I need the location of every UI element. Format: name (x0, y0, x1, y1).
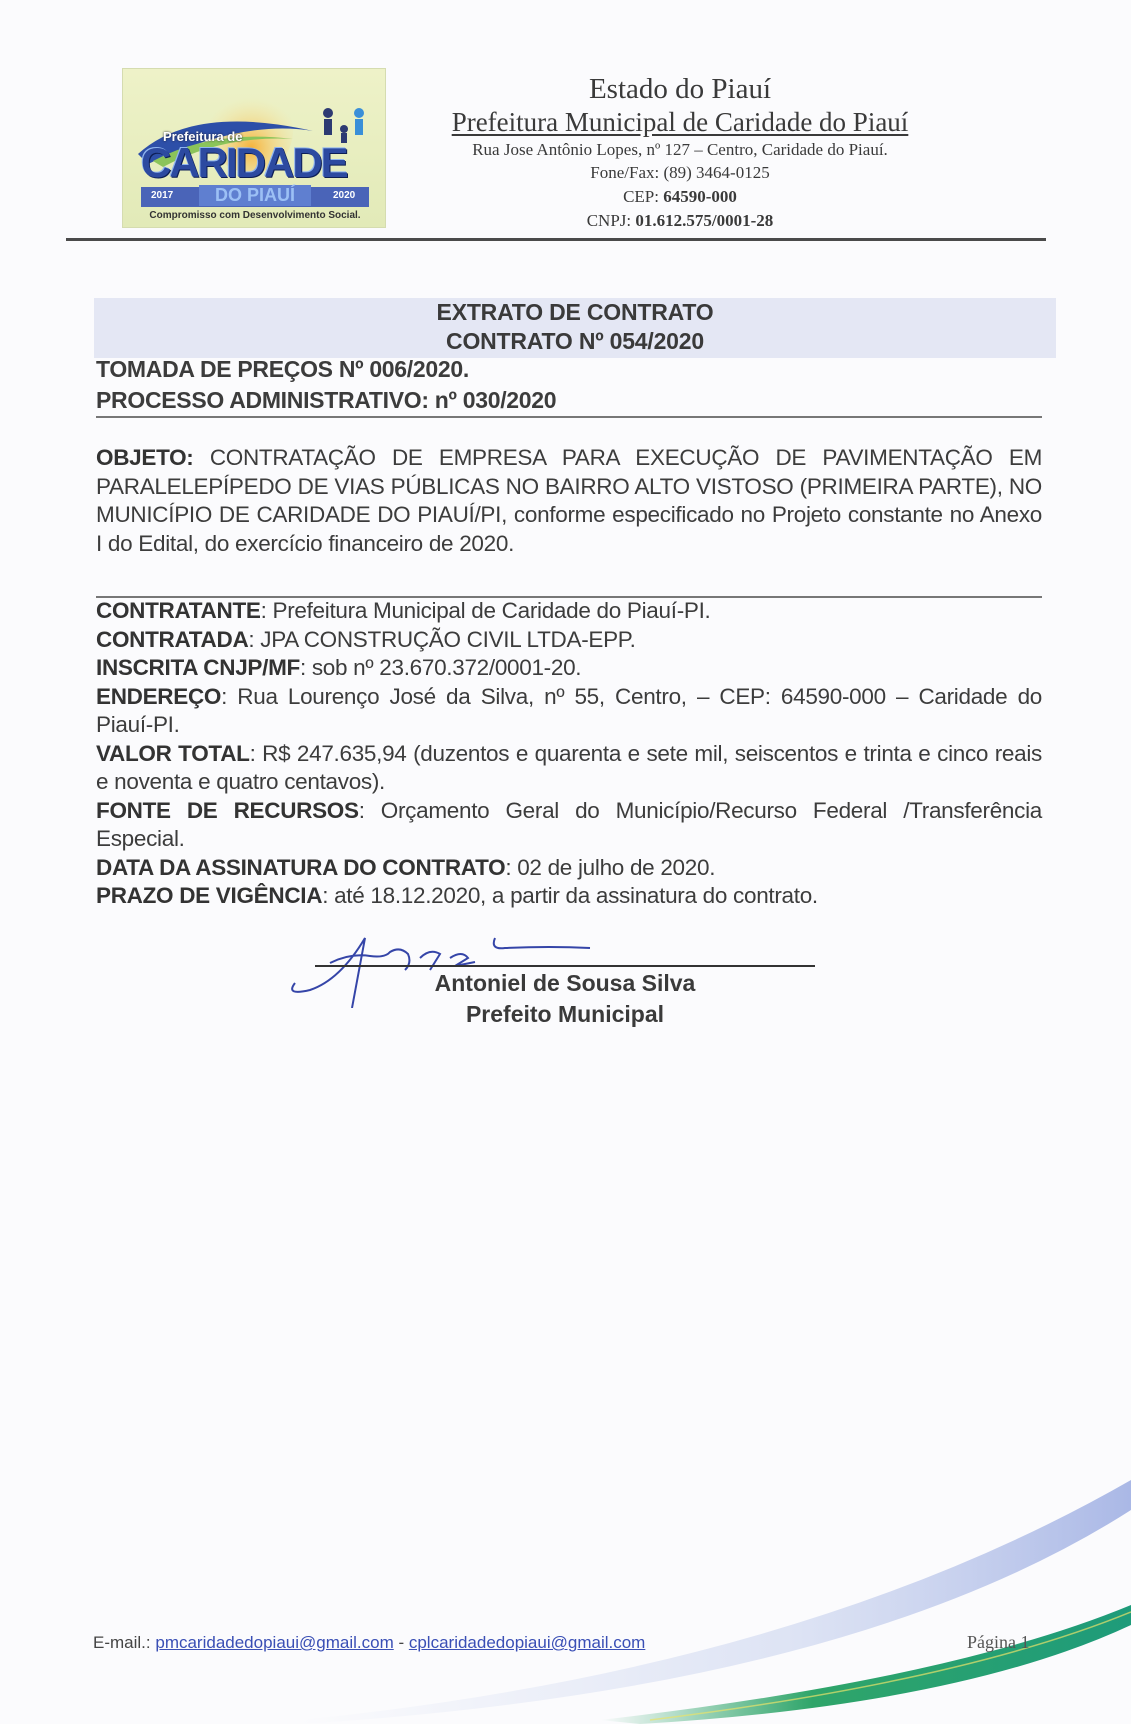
field-label: CONTRATANTE (96, 598, 261, 623)
references: TOMADA DE PREÇOS Nº 006/2020. PROCESSO A… (96, 354, 1042, 416)
contract-fields: CONTRATANTE: Prefeitura Municipal de Car… (96, 597, 1042, 911)
address: Rua Jose Antônio Lopes, nº 127 – Centro,… (400, 138, 960, 161)
signer-name: Antoniel de Sousa Silva (315, 968, 815, 999)
cnpj-label: CNPJ: (587, 211, 631, 230)
contract-number: CONTRATO Nº 054/2020 (94, 327, 1056, 356)
tomada-de-precos: TOMADA DE PREÇOS Nº 006/2020. (96, 354, 1042, 385)
cep-label: CEP: (623, 187, 659, 206)
objeto-text: CONTRATAÇÃO DE EMPRESA PARA EXECUÇÃO DE … (96, 445, 1042, 556)
logo-slogan: Compromisso com Desenvolvimento Social. (123, 210, 386, 221)
field-inscrita: INSCRITA CNJP/MF: sob nº 23.670.372/0001… (96, 654, 1042, 683)
logo-year-end: 2020 (333, 190, 355, 201)
field-label: INSCRITA CNJP/MF (96, 655, 300, 680)
signature-line (315, 965, 815, 967)
footer-decoration (0, 1420, 1131, 1724)
field-value: : Prefeitura Municipal de Caridade do Pi… (261, 598, 711, 623)
field-contratada: CONTRATADA: JPA CONSTRUÇÃO CIVIL LTDA-EP… (96, 626, 1042, 655)
processo-administrativo: PROCESSO ADMINISTRATIVO: nº 030/2020 (96, 385, 1042, 416)
field-fonte-recursos: FONTE DE RECURSOS: Orçamento Geral do Mu… (96, 797, 1042, 854)
field-label: VALOR TOTAL (96, 741, 250, 766)
footer-contact: E-mail.: pmcaridadedopiaui@gmail.com - c… (93, 1633, 645, 1653)
objeto-paragraph: OBJETO: CONTRATAÇÃO DE EMPRESA PARA EXEC… (96, 444, 1042, 558)
letterhead: Estado do Piauí Prefeitura Municipal de … (400, 72, 960, 233)
cnpj: 01.612.575/0001-28 (635, 211, 773, 230)
field-contratante: CONTRATANTE: Prefeitura Municipal de Car… (96, 597, 1042, 626)
field-data-assinatura: DATA DA ASSINATURA DO CONTRATO: 02 de ju… (96, 854, 1042, 883)
field-value: : Rua Lourenço José da Silva, nº 55, Cen… (96, 684, 1042, 738)
cep-line: CEP: 64590-000 (400, 185, 960, 209)
logo-year-start: 2017 (151, 190, 173, 201)
cep: 64590-000 (663, 187, 737, 206)
signer-block: Antoniel de Sousa Silva Prefeito Municip… (315, 968, 815, 1030)
field-label: CONTRATADA (96, 627, 248, 652)
field-prazo-vigencia: PRAZO DE VIGÊNCIA: até 18.12.2020, a par… (96, 882, 1042, 911)
email-label: E-mail.: (93, 1633, 151, 1652)
header-divider (66, 238, 1046, 241)
municipality-name: Prefeitura Municipal de Caridade do Piau… (400, 106, 960, 138)
field-endereco: ENDEREÇO: Rua Lourenço José da Silva, nº… (96, 683, 1042, 740)
title-band: EXTRATO DE CONTRATO CONTRATO Nº 054/2020 (94, 298, 1056, 358)
field-value: : 02 de julho de 2020. (505, 855, 715, 880)
logo-main-text: CARIDADE (141, 139, 347, 187)
field-label: ENDEREÇO (96, 684, 221, 709)
state-name: Estado do Piauí (400, 72, 960, 106)
field-value: : sob nº 23.670.372/0001-20. (300, 655, 581, 680)
cnpj-line: CNPJ: 01.612.575/0001-28 (400, 209, 960, 233)
field-label: PRAZO DE VIGÊNCIA (96, 883, 322, 908)
page-number: Página 1 (967, 1632, 1030, 1653)
field-label: DATA DA ASSINATURA DO CONTRATO (96, 855, 505, 880)
phone: (89) 3464-0125 (663, 163, 769, 182)
phone-line: Fone/Fax: (89) 3464-0125 (400, 161, 960, 185)
field-value: : até 18.12.2020, a partir da assinatura… (322, 883, 818, 908)
field-valor-total: VALOR TOTAL: R$ 247.635,94 (duzentos e q… (96, 740, 1042, 797)
objeto-label: OBJETO: (96, 445, 194, 470)
document-title: EXTRATO DE CONTRATO (94, 298, 1056, 327)
logo-sub-text: DO PIAUÍ (199, 185, 311, 206)
email-link-pm[interactable]: pmcaridadedopiaui@gmail.com (155, 1633, 393, 1652)
signer-role: Prefeito Municipal (315, 999, 815, 1030)
field-label: FONTE DE RECURSOS (96, 798, 359, 823)
field-value: : JPA CONSTRUÇÃO CIVIL LTDA-EPP. (248, 627, 635, 652)
email-separator: - (394, 1633, 409, 1652)
email-link-cpl[interactable]: cplcaridadedopiaui@gmail.com (409, 1633, 646, 1652)
municipality-logo: Prefeitura de CARIDADE 2017 DO PIAUÍ 202… (122, 68, 386, 228)
phone-label: Fone/Fax: (590, 163, 659, 182)
divider (96, 416, 1042, 418)
